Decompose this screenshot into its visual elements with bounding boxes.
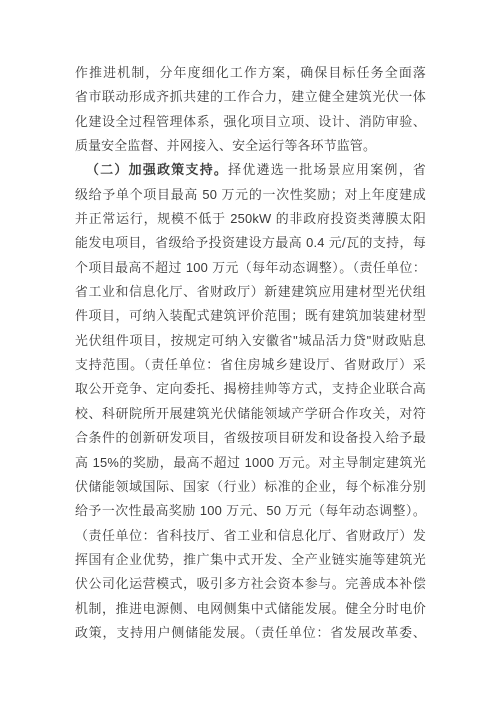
text-block: 作推进机制，分年度细化工作方案，确保目标任务全面落实。 省市联动形成齐抓共建的工… <box>75 61 426 645</box>
text-line: 化建设全过程管理体系，强化项目立项、设计、消防审验、 <box>75 110 426 134</box>
text-line: 机制，推进电源侧、电网侧集中式储能发展。健全分时电价 <box>75 597 426 621</box>
text-line: 省市联动形成齐抓共建的工作合力，建立健全建筑光伏一体 <box>75 85 426 109</box>
text-line: 取公开竞争、定向委托、揭榜挂帅等方式，支持企业联合高 <box>75 377 426 401</box>
text-line: （责任单位：省科技厅、省工业和信息化厅、省财政厅）发 <box>75 524 426 548</box>
text-line: 伏公司化运营模式，吸引多方社会资本参与。完善成本补偿 <box>75 572 426 596</box>
section-heading-line: （二）加强政策支持。择优遴选一批场景应用案例，省 <box>75 158 426 182</box>
text-line: 给予一次性最高奖励 100 万元、50 万元（每年动态调整）。 <box>75 499 426 523</box>
section-heading: （二）加强政策支持。 <box>86 162 228 177</box>
text-line: 能发电项目，省级给予投资建设方最高 0.4 元/瓦的支持，每 <box>75 231 426 255</box>
text-line: 并正常运行，规模不低于 250kW 的非政府投资类薄膜太阳 <box>75 207 426 231</box>
text-line: 校、科研院所开展建筑光伏储能领域产学研合作攻关，对符 <box>75 402 426 426</box>
document-page: 作推进机制，分年度细化工作方案，确保目标任务全面落实。 省市联动形成齐抓共建的工… <box>0 0 500 707</box>
text-line: 政策，支持用户侧储能发展。（责任单位：省发展改革委、 <box>75 621 426 645</box>
text-line: 高 15%的奖励，最高不超过 1000 万元。对主导制定建筑光 <box>75 451 426 475</box>
text-line: 级给予单个项目最高 50 万元的一次性奖励；对上年度建成 <box>75 183 426 207</box>
text-line: 省工业和信息化厅、省财政厅）新建建筑应用建材型光伏组 <box>75 280 426 304</box>
text-line: 件项目，可纳入装配式建筑评价范围；既有建筑加装建材型 <box>75 304 426 328</box>
text-line: 质量安全监督、并网接入、安全运行等各环节监管。 <box>75 134 426 158</box>
text-line: 支持范围。（责任单位：省住房城乡建设厅、省财政厅）采 <box>75 353 426 377</box>
text-line: 合条件的创新研发项目，省级按项目研发和设备投入给予最 <box>75 426 426 450</box>
text-line: 伏储能领域国际、国家（行业）标准的企业，每个标准分别 <box>75 475 426 499</box>
text-line: 个项目最高不超过 100 万元（每年动态调整）。（责任单位： <box>75 256 426 280</box>
text-line: 光伏组件项目，按规定可纳入安徽省"城品活力贷"财政贴息 <box>75 329 426 353</box>
text-line: 作推进机制，分年度细化工作方案，确保目标任务全面落实。 <box>75 61 426 85</box>
text-line: 挥国有企业优势，推广集中式开发、全产业链实施等建筑光 <box>75 548 426 572</box>
section-heading-continuation: 择优遴选一批场景应用案例，省 <box>228 162 426 177</box>
